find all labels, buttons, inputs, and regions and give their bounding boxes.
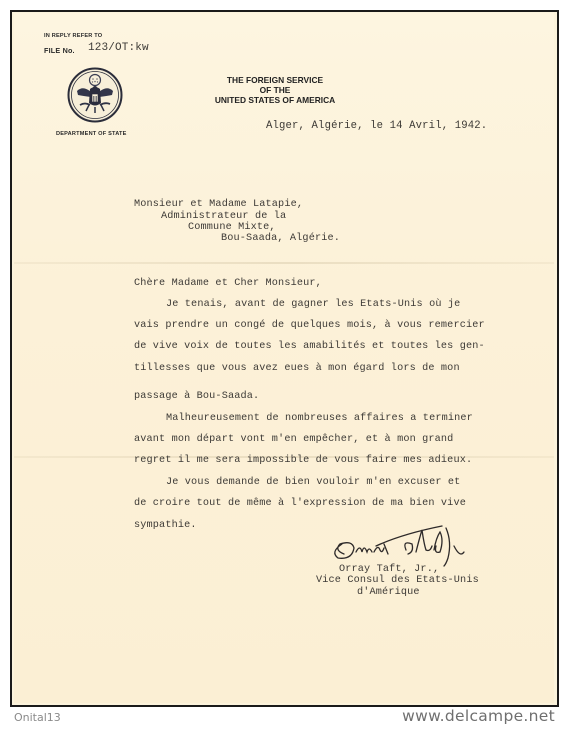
body-line: vais prendre un congé de quelques mois, …	[134, 320, 485, 331]
address-line-1: Monsieur et Madame Latapie,	[134, 199, 303, 210]
reply-refer-label: IN REPLY REFER TO	[44, 33, 102, 39]
signer-name: Orray Taft, Jr.,	[339, 564, 439, 575]
body-line: de vive voix de toutes les amabilités et…	[134, 341, 485, 352]
letterhead-heading-line-2: OF THE	[200, 85, 350, 95]
body-line: sympathie.	[134, 520, 197, 531]
body-line: Je tenais, avant de gagner les Etats-Uni…	[166, 299, 460, 310]
signer-title-line-2: d'Amérique	[357, 587, 420, 598]
paper-fold-line	[14, 262, 554, 264]
address-line-2: Administrateur de la	[161, 211, 286, 222]
body-line: Je vous demande de bien vouloir m'en exc…	[166, 477, 460, 488]
letterhead-heading-line-1: THE FOREIGN SERVICE	[200, 75, 350, 85]
body-line: de croire tout de même à l'expression de…	[134, 498, 466, 509]
great-seal-eagle-icon	[67, 67, 123, 123]
department-of-state-label: DEPARTMENT OF STATE	[56, 131, 127, 137]
file-number-label: FILE No.	[44, 46, 75, 55]
address-line-4: Bou-Saada, Algérie.	[221, 233, 340, 244]
file-number: 123/OT:kw	[88, 42, 149, 54]
dateline: Alger, Algérie, le 14 Avril, 1942.	[266, 120, 487, 132]
body-line: passage à Bou-Saada.	[134, 391, 259, 402]
body-line: avant mon départ vont m'en empêcher, et …	[134, 434, 453, 445]
body-line: regret il me sera impossible de vous fai…	[134, 455, 472, 466]
seller-watermark: Onital13	[14, 711, 61, 724]
body-line: tillesses que vous avez eues à mon égard…	[134, 363, 460, 374]
letterhead-heading-line-3: UNITED STATES OF AMERICA	[200, 95, 350, 105]
site-watermark[interactable]: www.delcampe.net	[402, 707, 555, 725]
body-line: Malheureusement de nombreuses affaires a…	[166, 413, 473, 424]
address-line-3: Commune Mixte,	[188, 222, 276, 233]
signer-title: Vice Consul des Etats-Unis	[316, 575, 479, 586]
salutation: Chère Madame et Cher Monsieur,	[134, 278, 322, 289]
